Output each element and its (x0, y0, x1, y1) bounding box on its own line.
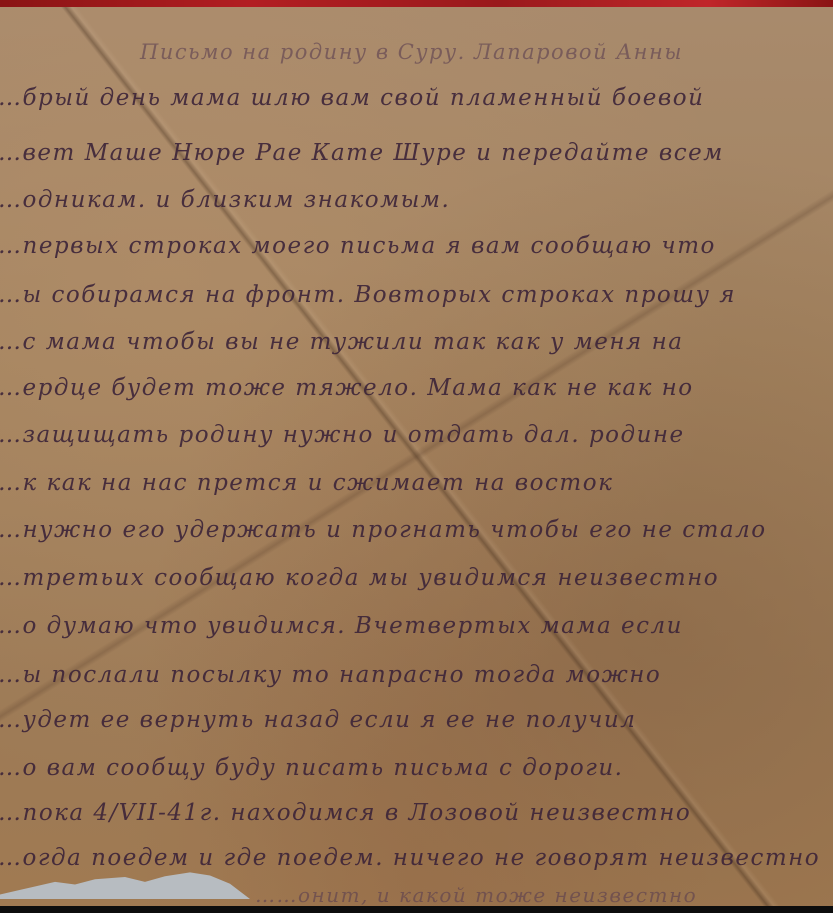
bottom-dark-border (0, 906, 833, 913)
letter-line: …ы послали посылку то напрасно тогда мож… (0, 662, 661, 688)
letter-line: ……онит, и какой тоже неизвестно (255, 883, 697, 907)
letter-heading: Письмо на родину в Суру. Лапаровой Анны (140, 40, 683, 64)
letter-line: …к как на нас прется и сжимает на восток (0, 470, 613, 496)
top-red-border (0, 0, 833, 7)
letter-line: …пока 4/VII-41г. находимся в Лозовой неи… (0, 800, 691, 826)
letter-line: …брый день мама шлю вам свой пламенный б… (0, 85, 704, 111)
letter-line: …ердце будет тоже тяжело. Мама как не ка… (0, 375, 694, 401)
letter-line: …удет ее вернуть назад если я ее не полу… (0, 707, 636, 733)
letter-line: …с мама чтобы вы не тужили так как у мен… (0, 329, 683, 355)
letter-line: …первых строках моего письма я вам сообщ… (0, 233, 716, 259)
letter-line: …вет Маше Нюре Рае Кате Шуре и передайте… (0, 140, 724, 166)
letter-line: …ы собирамся на фронт. Вовторых строках … (0, 282, 736, 308)
letter-paper: Письмо на родину в Суру. Лапаровой Анны … (0, 7, 833, 906)
letter-line: …о вам сообщу буду писать письма с дорог… (0, 755, 623, 781)
letter-line: …нужно его удержать и прогнать чтобы его… (0, 517, 767, 543)
letter-line: …третьих сообщаю когда мы увидимся неизв… (0, 565, 719, 591)
letter-line: …одникам. и близким знакомым. (0, 187, 450, 213)
letter-line: …о думаю что увидимся. Вчетвертых мама е… (0, 613, 683, 639)
letter-line: …огда поедем и где поедем. ничего не гов… (0, 845, 820, 871)
letter-line: …защищать родину нужно и отдать дал. род… (0, 422, 685, 448)
